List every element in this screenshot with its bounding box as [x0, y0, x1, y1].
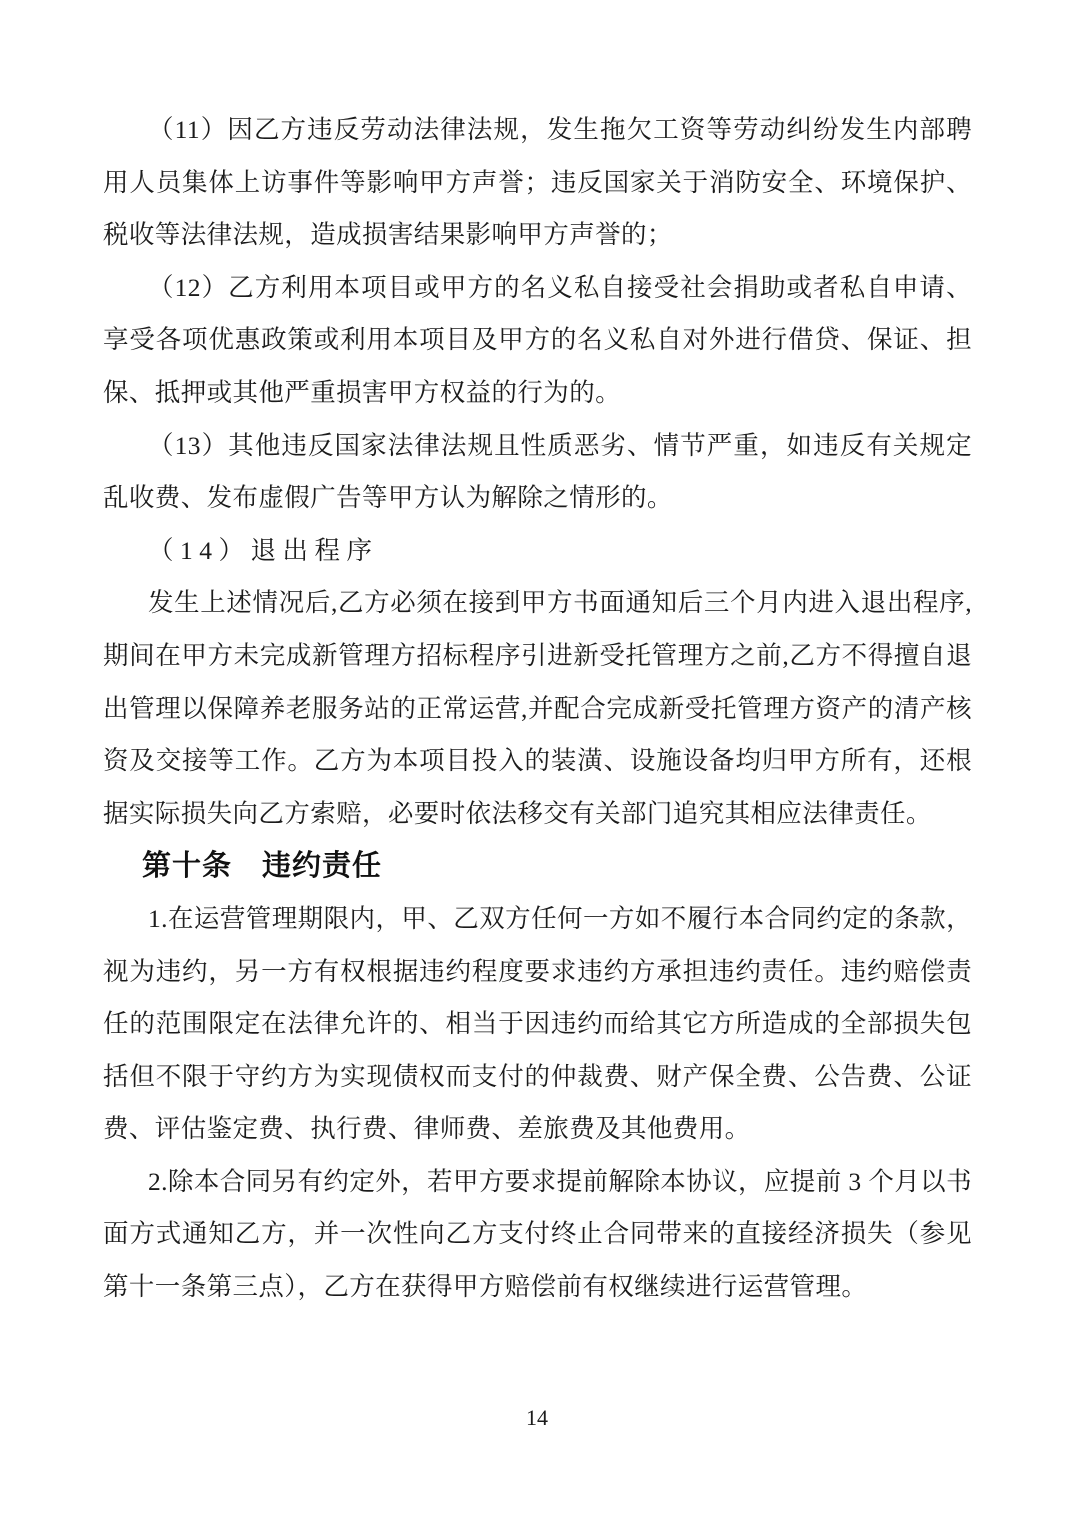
paragraph: （12）乙方利用本项目或甲方的名义私自接受社会捐助或者私自申请、享受各项优惠政策… [103, 262, 972, 420]
section-heading: 第十条 违约责任 [103, 840, 972, 893]
page-number: 14 [526, 1405, 548, 1430]
page-footer: 14 [0, 1402, 1074, 1434]
paragraph: 1.在运营管理期限内，甲、乙双方任何一方如不履行本合同约定的条款，视为违约，另一… [103, 893, 972, 1156]
paragraph: （14）退出程序 [103, 525, 972, 578]
paragraph: 2.除本合同另有约定外，若甲方要求提前解除本协议，应提前 3 个月以书面方式通知… [103, 1156, 972, 1314]
document-body: （11）因乙方违反劳动法律法规，发生拖欠工资等劳动纠纷发生内部聘用人员集体上访事… [103, 104, 972, 1314]
contract-page: （11）因乙方违反劳动法律法规，发生拖欠工资等劳动纠纷发生内部聘用人员集体上访事… [0, 0, 1074, 1520]
paragraph: （13）其他违反国家法律法规且性质恶劣、情节严重，如违反有关规定乱收费、发布虚假… [103, 420, 972, 525]
paragraph: （11）因乙方违反劳动法律法规，发生拖欠工资等劳动纠纷发生内部聘用人员集体上访事… [103, 104, 972, 262]
paragraph: 发生上述情况后,乙方必须在接到甲方书面通知后三个月内进入退出程序,期间在甲方未完… [103, 577, 972, 840]
